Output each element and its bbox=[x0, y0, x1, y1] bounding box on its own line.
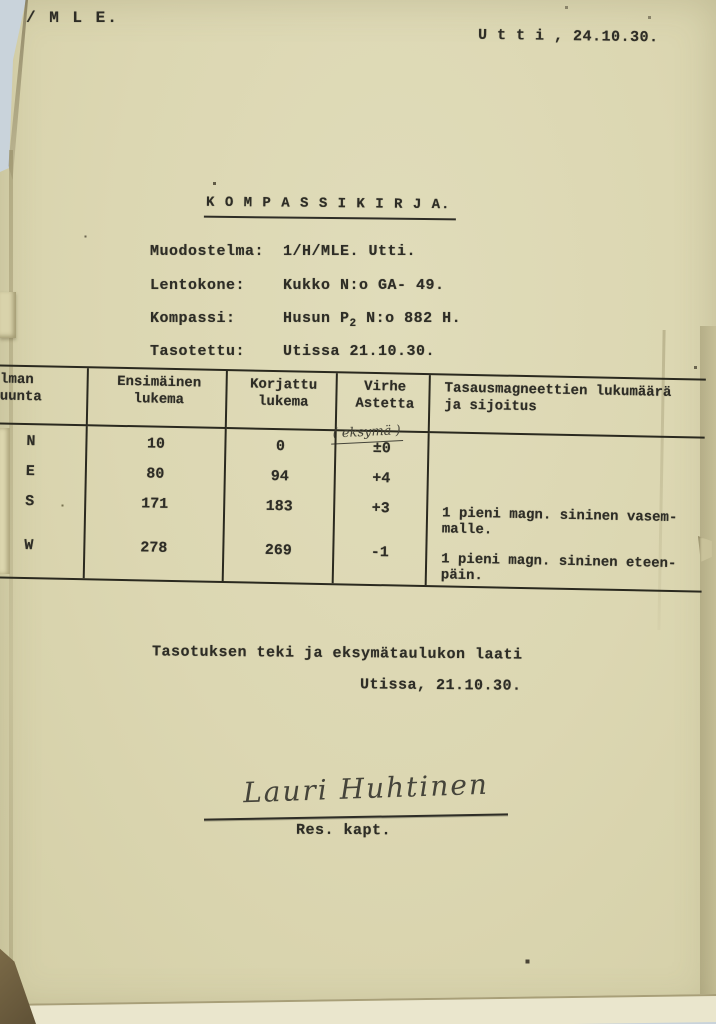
direction-n: N bbox=[0, 432, 86, 451]
header-wind-direction: Ilman suunta bbox=[0, 366, 89, 426]
magnet-note-1: 1 pieni magn. sininen vasem- malle. bbox=[442, 505, 678, 542]
field-value: Utissa 21.10.30. bbox=[283, 343, 435, 360]
field-value: 1/H/MLE. Utti. bbox=[283, 243, 416, 260]
first-reading-n: 10 bbox=[87, 434, 224, 454]
attestation-statement: Tasotuksen teki ja eksymätaulukon laati bbox=[152, 643, 523, 663]
first-reading-w: 278 bbox=[85, 538, 222, 558]
first-reading-s: 171 bbox=[86, 494, 223, 514]
corrected-reading-w: 269 bbox=[224, 541, 332, 560]
field-label: Tasotettu: bbox=[150, 343, 245, 360]
magnet-note-2: 1 pieni magn. sininen eteen- päin. bbox=[441, 551, 677, 588]
column-magnet-notes: 1 pieni magn. sininen vasem- malle. 1 pi… bbox=[427, 433, 705, 590]
corrected-reading-s: 183 bbox=[225, 497, 333, 516]
corrected-reading-e: 94 bbox=[226, 467, 334, 486]
place-date-header: U t t i , 24.10.30. bbox=[478, 27, 659, 47]
header-first-reading: Ensimäinen lukema bbox=[88, 368, 228, 429]
direction-e: E bbox=[0, 462, 85, 481]
column-corrected-readings: 0 94 183 269 bbox=[224, 429, 337, 583]
error-e: +4 bbox=[336, 469, 427, 488]
field-muodostelma: Muodostelma: 1/H/MLE. Utti. bbox=[0, 243, 716, 265]
field-label: Muodostelma: bbox=[150, 243, 264, 260]
field-lentokone: Lentokone: Kukko N:o GA- 49. bbox=[0, 277, 716, 299]
field-label: Lentokone: bbox=[150, 277, 245, 294]
column-first-readings: 10 80 171 278 bbox=[85, 426, 227, 581]
attestation-place-date: Utissa, 21.10.30. bbox=[360, 676, 522, 694]
corrected-reading-n: 0 bbox=[226, 437, 334, 456]
error-n: ±0 bbox=[336, 439, 427, 458]
scan-specks bbox=[0, 0, 1, 1]
field-value: Kukko N:o GA- 49. bbox=[283, 277, 445, 294]
direction-w: W bbox=[0, 536, 84, 555]
error-w: -1 bbox=[334, 543, 425, 562]
error-s: +3 bbox=[335, 499, 426, 518]
field-kompassi: Kompassi: Husun P2 N:o 882 H. bbox=[0, 310, 716, 332]
first-reading-e: 80 bbox=[87, 464, 224, 484]
field-value: Husun P2 N:o 882 H. bbox=[283, 310, 461, 330]
column-directions: N E S W bbox=[0, 424, 88, 578]
signer-rank: Res. kapt. bbox=[296, 822, 391, 839]
field-tasotettu: Tasotettu: Utissa 21.10.30. bbox=[0, 343, 716, 365]
header-magnets: Tasausmagneettien lukumäärä ja sijoitus bbox=[430, 375, 706, 439]
compass-table: Ilman suunta Ensimäinen lukema Korjattu … bbox=[0, 364, 706, 593]
header-corrected-reading: Korjattu lukema bbox=[227, 371, 338, 431]
header-error-degrees: Virhe Astetta ( eksymä ) bbox=[337, 373, 431, 433]
table-body: N E S W 10 80 171 278 0 94 183 269 ±0 +4… bbox=[0, 424, 705, 591]
field-label: Kompassi: bbox=[150, 310, 236, 327]
document-title: K O M P A S S I K I R J A. bbox=[204, 195, 457, 221]
column-errors: ±0 +4 +3 -1 bbox=[334, 431, 430, 585]
unit-reference: / M L E. bbox=[26, 9, 119, 27]
direction-s: S bbox=[0, 492, 84, 511]
